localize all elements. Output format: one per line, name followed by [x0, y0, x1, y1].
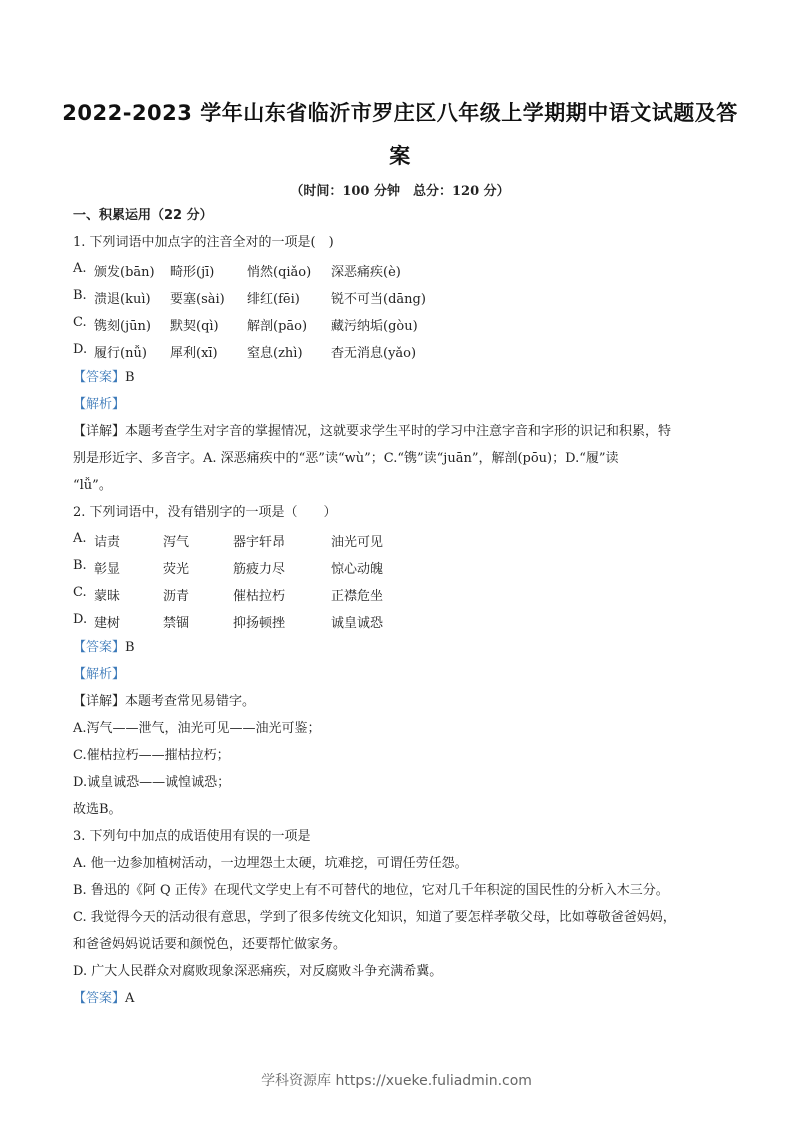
q2-fix-d: D.诚皇诚恐——诚惶诚恐； — [73, 774, 230, 792]
answer-tag: 【答案】 — [73, 370, 125, 385]
option-item: 建树 — [94, 612, 120, 631]
option-item: 藏污纳垢(gòu) — [331, 315, 418, 334]
option-item: 诚皇诚恐 — [331, 612, 383, 631]
option-item: 彰显 — [94, 558, 120, 577]
option-item: 锐不可当(dāng) — [331, 288, 426, 307]
answer-value: B — [125, 370, 135, 385]
option-item: 正襟危坐 — [331, 585, 383, 604]
q2-answer: 【答案】B — [73, 639, 135, 657]
analysis-tag: 【解析】 — [73, 667, 125, 682]
exam-time-and-score: （时间：100 分钟 总分：120 分） — [60, 180, 740, 199]
document-page: 2022-2023 学年山东省临沂市罗庄区八年级上学期期中语文试题及答 案 （时… — [0, 0, 793, 1122]
q3-stem: 3. 下列句中加点的成语使用有误的一项是 — [73, 828, 311, 846]
q3-option-c-line2: 和爸爸妈妈说话要和颜悦色，还要帮忙做家务。 — [73, 936, 346, 954]
detail-tag: 【详解】 — [73, 424, 125, 439]
option-letter: D. — [73, 342, 87, 357]
option-item: 绯红(fēi) — [247, 288, 300, 307]
option-item: 泻气 — [163, 531, 189, 550]
detail-text: 本题考查常见易错字。 — [125, 694, 255, 709]
detail-text: 本题考查学生对字音的掌握情况，这就要求学生平时的学习中注意字音和字形的识记和积累… — [125, 424, 671, 439]
document-title-line1: 2022-2023 学年山东省临沂市罗庄区八年级上学期期中语文试题及答 — [60, 97, 740, 127]
option-letter: D. — [73, 612, 87, 627]
answer-value: B — [125, 640, 135, 655]
option-item: 镌刻(jūn) — [94, 315, 151, 334]
option-item: 履行(nǚ) — [94, 342, 147, 361]
option-item: 禁锢 — [163, 612, 189, 631]
option-item: 深恶痛疾(è) — [331, 261, 401, 280]
q2-conclusion: 故选B。 — [73, 801, 122, 819]
q1-detail-line2: 别是形近字、多音字。A. 深恶痛疾中的“恶”读“wù”；C.“镌”读“juān”… — [73, 450, 619, 468]
option-letter: A. — [73, 261, 87, 276]
option-item: 默契(qì) — [170, 315, 219, 334]
option-item: 解剖(pāo) — [247, 315, 307, 334]
option-letter: C. — [73, 315, 87, 330]
answer-tag: 【答案】 — [73, 640, 125, 655]
option-letter: A. — [73, 531, 87, 546]
option-item: 杳无消息(yǎo) — [331, 342, 416, 361]
option-item: 抑扬顿挫 — [233, 612, 285, 631]
option-item: 畸形(jī) — [170, 261, 214, 280]
q1-detail-line3: “lǚ”。 — [73, 477, 112, 495]
q1-analysis-heading: 【解析】 — [73, 396, 125, 414]
section-heading: 一、积累运用（22 分） — [73, 207, 213, 225]
q3-answer: 【答案】A — [73, 990, 134, 1008]
answer-value: A — [125, 991, 134, 1006]
option-letter: B. — [73, 288, 87, 303]
option-item: 催枯拉朽 — [233, 585, 285, 604]
q3-option-a: A. 他一边参加植树活动，一边埋怨土太硬，坑难挖，可谓任劳任怨。 — [73, 855, 468, 873]
q2-fix-a: A.泻气——泄气，油光可见——油光可鉴； — [73, 720, 321, 738]
q3-option-b: B. 鲁迅的《阿 Q 正传》在现代文学史上有不可替代的地位，它对几千年积淀的国民… — [73, 882, 669, 900]
q2-analysis-heading: 【解析】 — [73, 666, 125, 684]
q3-option-d: D. 广大人民群众对腐败现象深恶痛疾，对反腐败斗争充满希冀。 — [73, 963, 442, 981]
q2-stem: 2. 下列词语中，没有错别字的一项是（ ） — [73, 504, 337, 522]
q2-fix-c: C.催枯拉朽——摧枯拉朽； — [73, 747, 230, 765]
option-letter: C. — [73, 585, 87, 600]
detail-tag: 【详解】 — [73, 694, 125, 709]
q1-detail-line1: 【详解】本题考查学生对字音的掌握情况，这就要求学生平时的学习中注意字音和字形的识… — [73, 423, 671, 441]
option-item: 诘责 — [94, 531, 120, 550]
option-item: 惊心动魄 — [331, 558, 383, 577]
footer-watermark: 学科资源库 https://xueke.fuliadmin.com — [0, 1070, 793, 1090]
option-item: 蒙昧 — [94, 585, 120, 604]
q2-detail-line1: 【详解】本题考查常见易错字。 — [73, 693, 255, 711]
document-title-line2: 案 — [60, 140, 740, 170]
option-item: 窒息(zhì) — [247, 342, 303, 361]
option-item: 荧光 — [163, 558, 189, 577]
option-item: 沥青 — [163, 585, 189, 604]
q1-stem: 1. 下列词语中加点字的注音全对的一项是( ) — [73, 234, 334, 252]
option-item: 溃退(kuì) — [94, 288, 151, 307]
option-item: 悄然(qiǎo) — [247, 261, 311, 280]
option-item: 器宇轩昂 — [233, 531, 285, 550]
option-letter: B. — [73, 558, 87, 573]
option-item: 颁发(bān) — [94, 261, 155, 280]
option-item: 要塞(sài) — [170, 288, 225, 307]
q3-option-c-line1: C. 我觉得今天的活动很有意思，学到了很多传统文化知识，知道了要怎样孝敬父母，比… — [73, 909, 676, 927]
option-item: 筋疲力尽 — [233, 558, 285, 577]
q1-answer: 【答案】B — [73, 369, 135, 387]
option-item: 油光可见 — [331, 531, 383, 550]
option-item: 犀利(xī) — [170, 342, 218, 361]
answer-tag: 【答案】 — [73, 991, 125, 1006]
analysis-tag: 【解析】 — [73, 397, 125, 412]
